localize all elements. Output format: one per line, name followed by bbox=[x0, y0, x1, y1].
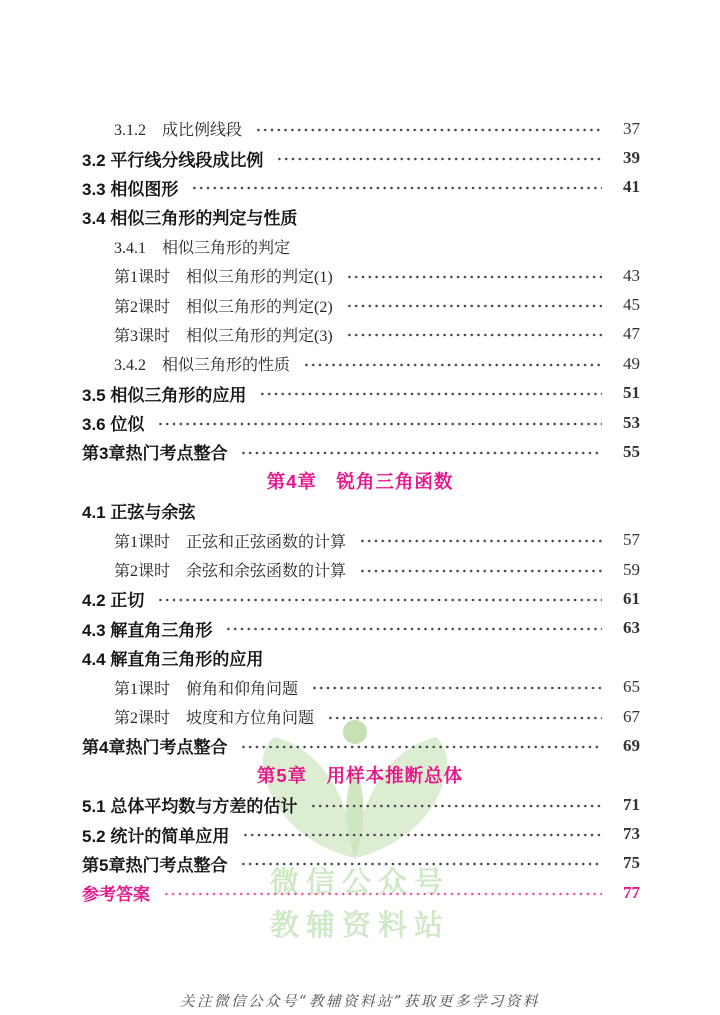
dot-leader bbox=[303, 363, 602, 367]
toc-row: 4.1 正弦与余弦 bbox=[0, 496, 720, 525]
toc-row: 3.4.1 相似三角形的判定 bbox=[0, 232, 720, 261]
page-number: 59 bbox=[612, 560, 640, 580]
toc-row: 第2课时 坡度和方位角问题 67 bbox=[0, 702, 720, 731]
toc-entry-label: 第4章 锐角三角函数 bbox=[267, 468, 454, 494]
toc-entry-label: 第2课时 余弦和余弦函数的计算 bbox=[114, 558, 346, 581]
page-number: 69 bbox=[612, 736, 640, 756]
toc-entry-label: 3.4.1 相似三角形的判定 bbox=[114, 235, 290, 258]
toc-row: 3.1.2 成比例线段 37 bbox=[0, 114, 720, 143]
dot-leader bbox=[346, 333, 602, 337]
page-number: 45 bbox=[612, 295, 640, 315]
page-number: 73 bbox=[612, 824, 640, 844]
toc-row: 4.3 解直角三角形 63 bbox=[0, 614, 720, 643]
toc-entry-label: 3.4 相似三角形的判定与性质 bbox=[82, 204, 297, 229]
toc-entry-label: 3.5 相似三角形的应用 bbox=[82, 381, 246, 406]
toc-row: 第2课时 余弦和余弦函数的计算 59 bbox=[0, 555, 720, 584]
dot-leader bbox=[346, 275, 602, 279]
toc-entry-label: 第2课时 相似三角形的判定(2) bbox=[114, 294, 333, 317]
page-number: 39 bbox=[612, 148, 640, 168]
page-number: 67 bbox=[612, 707, 640, 727]
dot-leader bbox=[359, 569, 602, 573]
toc-entry-label: 5.2 统计的简单应用 bbox=[82, 822, 229, 847]
dot-leader bbox=[276, 157, 602, 161]
dot-leader bbox=[310, 804, 602, 808]
toc-entry-label: 4.3 解直角三角形 bbox=[82, 616, 212, 641]
toc-entry-label: 4.2 正切 bbox=[82, 586, 144, 611]
toc-entry-label: 第1课时 正弦和正弦函数的计算 bbox=[114, 529, 346, 552]
toc-row: 3.2 平行线分线段成比例 39 bbox=[0, 143, 720, 172]
dot-leader bbox=[157, 598, 602, 602]
dot-leader bbox=[240, 451, 602, 455]
toc-row: 4.4 解直角三角形的应用 bbox=[0, 643, 720, 672]
toc-entry-label: 4.4 解直角三角形的应用 bbox=[82, 645, 263, 670]
toc-entry-label: 第3课时 相似三角形的判定(3) bbox=[114, 323, 333, 346]
toc-entry-label: 3.6 位似 bbox=[82, 410, 144, 435]
toc-row: 第1课时 相似三角形的判定(1) 43 bbox=[0, 261, 720, 290]
toc-row: 3.4 相似三角形的判定与性质 bbox=[0, 202, 720, 231]
toc-entry-label: 3.2 平行线分线段成比例 bbox=[82, 146, 263, 171]
toc-page: 微信公众号 教辅资料站 3.1.2 成比例线段 37 3.2 平行线分线段成比例… bbox=[0, 0, 720, 1015]
toc-row: 第1课时 正弦和正弦函数的计算 57 bbox=[0, 525, 720, 554]
dot-leader bbox=[191, 186, 602, 190]
dot-leader bbox=[240, 862, 602, 866]
toc-row: 3.4.2 相似三角形的性质 49 bbox=[0, 349, 720, 378]
page-number: 77 bbox=[612, 883, 640, 903]
dot-leader bbox=[157, 422, 602, 426]
dot-leader bbox=[240, 745, 602, 749]
page-number: 49 bbox=[612, 354, 640, 374]
dot-leader bbox=[327, 716, 602, 720]
footer-note: 关注微信公众号“教辅资料站”获取更多学习资料 bbox=[0, 990, 720, 1011]
dot-leader bbox=[225, 627, 602, 631]
toc-row: 第1课时 俯角和仰角问题 65 bbox=[0, 672, 720, 701]
toc-entry-label: 4.1 正弦与余弦 bbox=[82, 498, 195, 523]
toc-row: 第3课时 相似三角形的判定(3) 47 bbox=[0, 320, 720, 349]
page-number: 51 bbox=[612, 383, 640, 403]
dot-leader bbox=[346, 304, 602, 308]
page-number: 75 bbox=[612, 853, 640, 873]
toc-entry-label: 第2课时 坡度和方位角问题 bbox=[114, 705, 314, 728]
toc-entry-label: 第5章 用样本推断总体 bbox=[257, 762, 463, 788]
toc-list: 3.1.2 成比例线段 37 3.2 平行线分线段成比例 39 3.3 相似图形… bbox=[0, 114, 720, 908]
toc-entry-label: 5.1 总体平均数与方差的估计 bbox=[82, 792, 297, 817]
toc-entry-label: 参考答案 bbox=[82, 880, 150, 905]
toc-entry-label: 3.3 相似图形 bbox=[82, 175, 178, 200]
toc-row: 第5章热门考点整合 75 bbox=[0, 849, 720, 878]
toc-entry-label: 第5章热门考点整合 bbox=[82, 851, 227, 876]
page-number: 65 bbox=[612, 677, 640, 697]
toc-row: 第3章热门考点整合 55 bbox=[0, 437, 720, 466]
toc-entry-label: 3.4.2 相似三角形的性质 bbox=[114, 352, 290, 375]
dot-leader bbox=[359, 539, 602, 543]
page-number: 43 bbox=[612, 266, 640, 286]
toc-entry-label: 3.1.2 成比例线段 bbox=[114, 117, 242, 140]
dot-leader bbox=[163, 892, 602, 896]
page-number: 63 bbox=[612, 618, 640, 638]
toc-entry-label: 第3章热门考点整合 bbox=[82, 439, 227, 464]
dot-leader bbox=[259, 392, 602, 396]
toc-row: 5.1 总体平均数与方差的估计 71 bbox=[0, 790, 720, 819]
toc-row: 4.2 正切 61 bbox=[0, 584, 720, 613]
toc-entry-label: 第1课时 相似三角形的判定(1) bbox=[114, 264, 333, 287]
page-number: 37 bbox=[612, 119, 640, 139]
page-number: 57 bbox=[612, 530, 640, 550]
watermark-text-line2: 教辅资料站 bbox=[160, 903, 560, 944]
page-number: 53 bbox=[612, 413, 640, 433]
toc-entry-label: 第1课时 俯角和仰角问题 bbox=[114, 676, 298, 699]
page-number: 41 bbox=[612, 177, 640, 197]
dot-leader bbox=[311, 686, 602, 690]
toc-row: 3.5 相似三角形的应用 51 bbox=[0, 379, 720, 408]
page-number: 71 bbox=[612, 795, 640, 815]
toc-row: 5.2 统计的简单应用 73 bbox=[0, 819, 720, 848]
dot-leader bbox=[242, 833, 602, 837]
toc-row: 第5章 用样本推断总体 bbox=[0, 761, 720, 790]
page-number: 55 bbox=[612, 442, 640, 462]
dot-leader bbox=[255, 128, 602, 132]
toc-row: 第2课时 相似三角形的判定(2) 45 bbox=[0, 290, 720, 319]
toc-row: 参考答案 77 bbox=[0, 878, 720, 907]
toc-row: 3.3 相似图形 41 bbox=[0, 173, 720, 202]
page-number: 47 bbox=[612, 324, 640, 344]
toc-row: 第4章热门考点整合 69 bbox=[0, 731, 720, 760]
page-number: 61 bbox=[612, 589, 640, 609]
toc-row: 3.6 位似 53 bbox=[0, 408, 720, 437]
toc-entry-label: 第4章热门考点整合 bbox=[82, 733, 227, 758]
toc-row: 第4章 锐角三角函数 bbox=[0, 467, 720, 496]
